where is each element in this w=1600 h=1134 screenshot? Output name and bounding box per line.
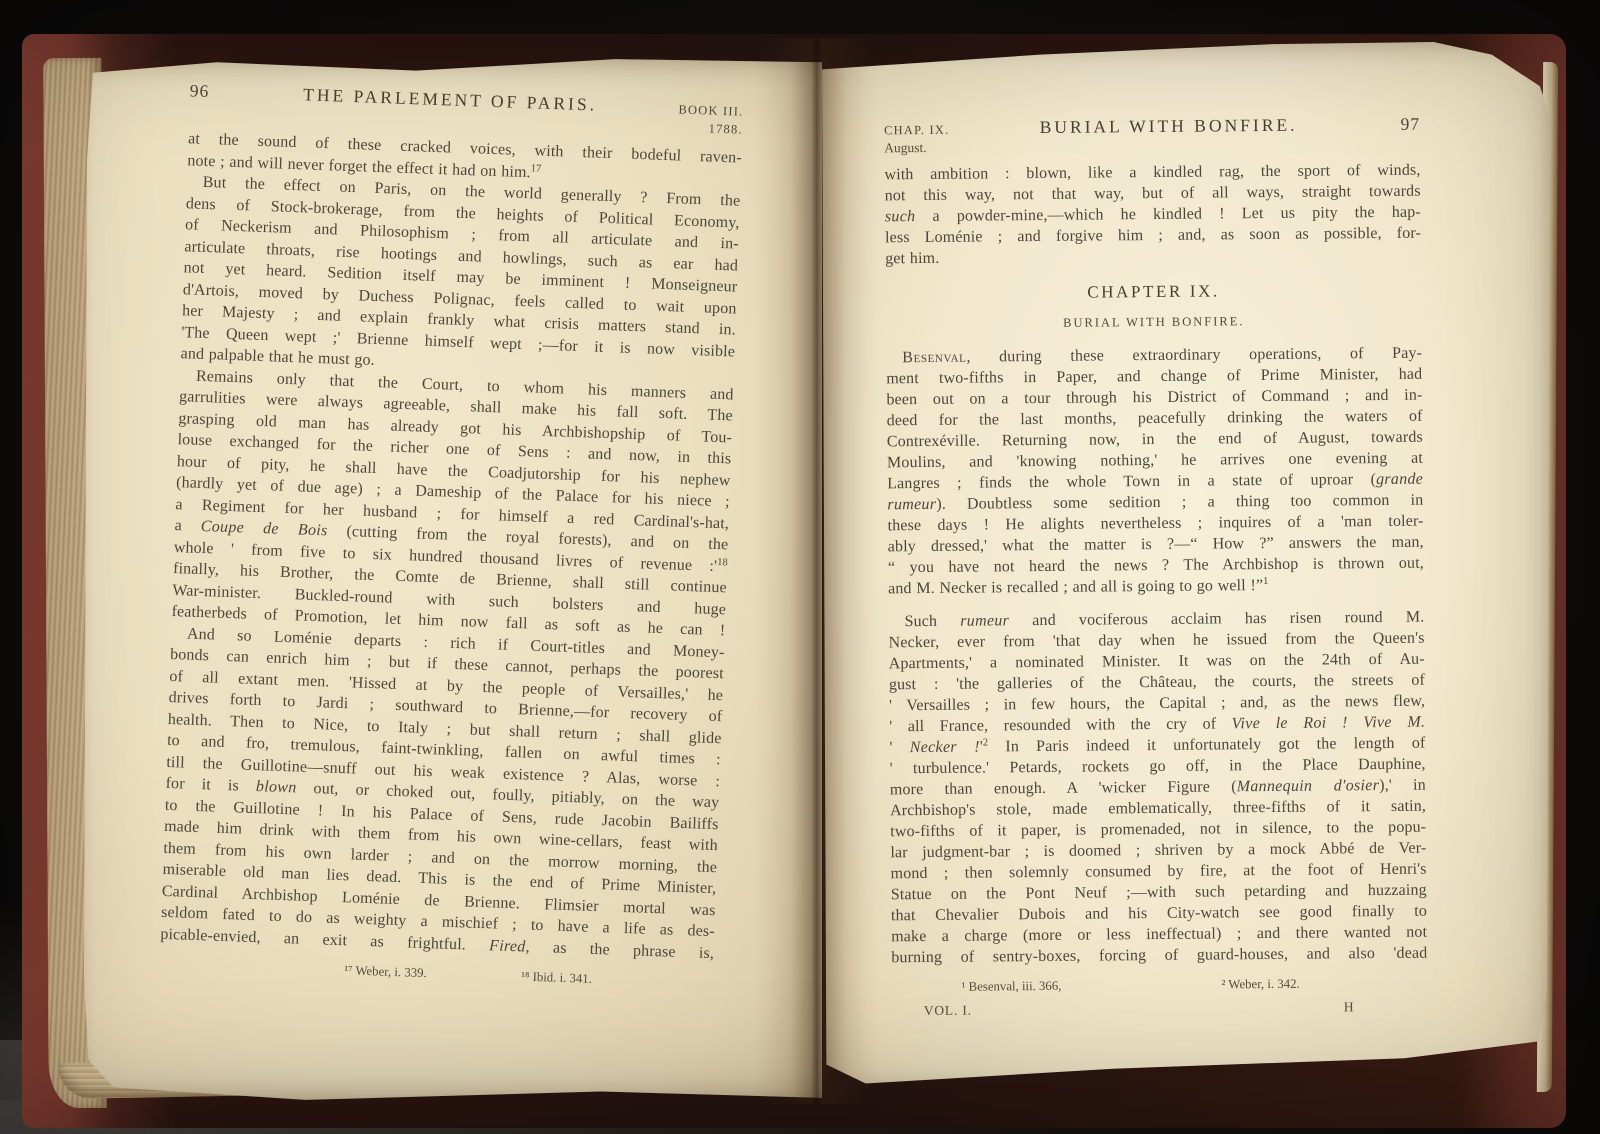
left-page-number: 96 [189,80,252,103]
margin-note-august: August. [884,136,1420,160]
right-page-text: CHAP. IX. BURIAL WITH BONFIRE. 97 August… [884,114,1428,1024]
left-body-text: at the sound of these cracked voices, wi… [160,128,742,964]
volume-label: VOL. I. [924,1003,972,1019]
footnote-1: ¹ Besenval, iii. 366, [962,979,1062,995]
right-footnotes: ¹ Besenval, iii. 366, ² Weber, i. 342. [892,976,1428,1001]
left-page: 96 THE PARLEMENT OF PARIS. BOOK III. 178… [84,56,822,1102]
chapter-label: CHAP. IX. [884,123,979,139]
right-paragraph-2: Such rumeur and vociferous acclaim has r… [888,607,1427,969]
book-label: BOOK III. [678,102,743,119]
left-running-title: THE PARLEMENT OF PARIS. [251,82,648,117]
year-note: 1788. [708,121,743,137]
right-running-title: BURIAL WITH BONFIRE. [979,114,1358,138]
left-margin-labels: BOOK III. 1788. [648,101,744,137]
right-intro-text: with ambition : blown, like a kindled ra… [884,160,1421,270]
text-line: and M. Necker is recalled ; and all is g… [888,574,1424,600]
signature-mark: H [1344,999,1355,1015]
right-paragraph-1: Besenval, during these extraordinary ope… [886,343,1424,600]
right-page-number: 97 [1358,114,1420,136]
footnote-18: ¹⁸ Ibid. i. 341. [521,969,592,986]
chapter-heading: CHAPTER IX. [885,280,1421,305]
book-photo: 96 THE PARLEMENT OF PARIS. BOOK III. 178… [0,0,1600,1134]
footnote-17: ¹⁷ Weber, i. 339. [344,963,427,981]
left-running-header: 96 THE PARLEMENT OF PARIS. BOOK III. 178… [189,80,744,137]
footnote-2: ² Weber, i. 342. [1222,977,1300,993]
right-page-footer: VOL. I. H [892,999,1428,1024]
left-page-text: 96 THE PARLEMENT OF PARIS. BOOK III. 178… [159,80,744,996]
right-page: CHAP. IX. BURIAL WITH BONFIRE. 97 August… [822,42,1550,1094]
left-footnotes: ¹⁷ Weber, i. 339. ¹⁸ Ibid. i. 341. [159,957,713,996]
chapter-subheading: BURIAL WITH BONFIRE. [886,313,1422,333]
text-line: burning of sentry-boxes, forcing of guar… [891,943,1427,969]
